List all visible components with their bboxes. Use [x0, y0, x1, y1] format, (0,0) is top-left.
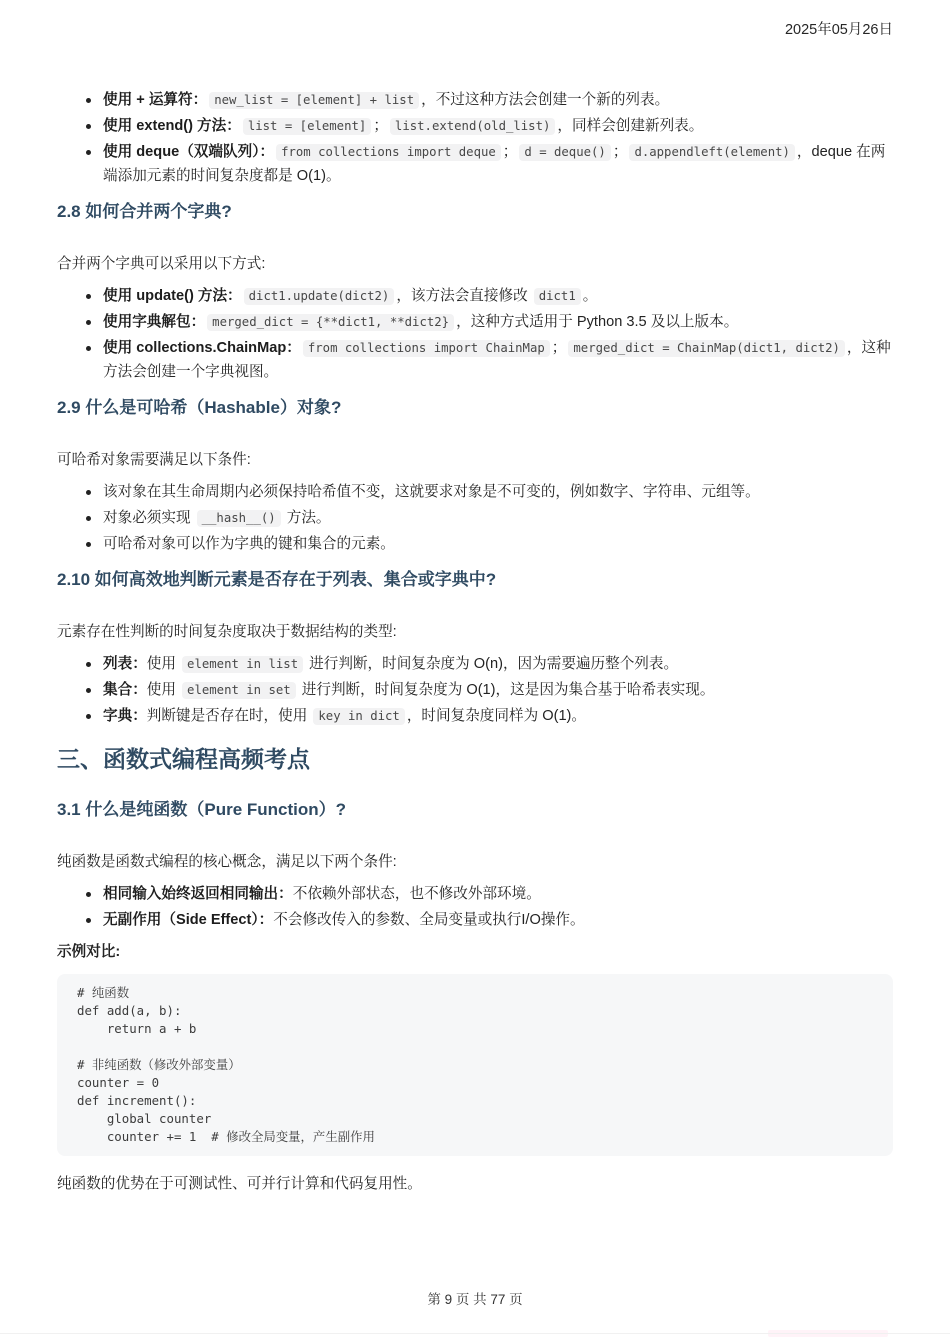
text-segment: ； — [552, 340, 567, 356]
text-segment: 进行判断，时间复杂度为 O(1)，这是因为集合基于哈希表实现。 — [298, 682, 715, 698]
text-segment: 可哈希对象可以作为字典的键和集合的元素。 — [103, 536, 395, 552]
inline-code: merged_dict = ChainMap(dict1, dict2) — [568, 340, 845, 357]
text-segment: 。 — [583, 288, 598, 304]
list-item: 使用 collections.ChainMap：from collections… — [103, 336, 893, 384]
text-segment: 判断键是否存在时，使用 — [147, 708, 312, 724]
chapter-heading-3: 三、函数式编程高频考点 — [57, 744, 893, 774]
inline-code: new_list = [element] + list — [209, 92, 419, 109]
paragraph-pure-function-benefits: 纯函数的优势在于可测试性、可并行计算和代码复用性。 — [57, 1172, 893, 1196]
text-segment: 集合： — [103, 682, 147, 698]
list-item: 无副作用（Side Effect）：不会修改传入的参数、全局变量或执行I/O操作… — [103, 908, 893, 932]
inline-code: dict1.update(dict2) — [244, 288, 395, 305]
text-segment: 使用 extend() 方法： — [103, 118, 241, 134]
page-edge-divider — [0, 1333, 950, 1334]
list-item: 使用 deque（双端队列）：from collections import d… — [103, 140, 893, 188]
list-item: 集合：使用 element in set 进行判断，时间复杂度为 O(1)，这是… — [103, 678, 893, 702]
text-segment: 使用 collections.ChainMap： — [103, 340, 301, 356]
text-segment: ，不过这种方法会创建一个新的列表。 — [421, 92, 669, 108]
bullet-list-hashable: 该对象在其生命周期内必须保持哈希值不变，这就要求对象是不可变的，例如数字、字符串… — [57, 480, 893, 556]
text-segment: ，时间复杂度同样为 O(1)。 — [407, 708, 586, 724]
list-item: 使用 extend() 方法：list = [element]；list.ext… — [103, 114, 893, 138]
text-segment: 不会修改传入的参数、全局变量或执行I/O操作。 — [273, 912, 584, 928]
code-block-pure-vs-impure: # 纯函数 def add(a, b): return a + b # 非纯函数… — [57, 974, 893, 1156]
list-item: 相同输入始终返回相同输出：不依赖外部状态，也不修改外部环境。 — [103, 882, 893, 906]
document-footer: 第 9 页 共 77 页 — [0, 1288, 950, 1308]
section-intro-2-8: 合并两个字典可以采用以下方式: — [57, 252, 893, 276]
list-item: 该对象在其生命周期内必须保持哈希值不变，这就要求对象是不可变的，例如数字、字符串… — [103, 480, 893, 504]
text-segment: 不依赖外部状态，也不修改外部环境。 — [293, 886, 541, 902]
inline-code: merged_dict = {**dict1, **dict2} — [207, 314, 454, 331]
inline-code: from collections import deque — [276, 144, 501, 161]
section-intro-3-1: 纯函数是函数式编程的核心概念，满足以下两个条件: — [57, 850, 893, 874]
inline-code: dict1 — [534, 288, 581, 305]
list-item: 使用 update() 方法：dict1.update(dict2)，该方法会直… — [103, 284, 893, 308]
header-date: 2025年05月26日 — [785, 22, 893, 38]
section-intro-2-10: 元素存在性判断的时间复杂度取决于数据结构的类型: — [57, 620, 893, 644]
text-segment: 使用 — [147, 656, 180, 672]
list-item: 使用字典解包：merged_dict = {**dict1, **dict2}，… — [103, 310, 893, 334]
page-number-text: 第 9 页 共 77 页 — [427, 1292, 522, 1307]
list-item: 列表：使用 element in list 进行判断，时间复杂度为 O(n)，因… — [103, 652, 893, 676]
bullet-list-membership: 列表：使用 element in list 进行判断，时间复杂度为 O(n)，因… — [57, 652, 893, 728]
text-segment: ，该方法会直接修改 — [396, 288, 531, 304]
text-segment: 对象必须实现 — [103, 510, 195, 526]
text-segment: 使用字典解包： — [103, 314, 205, 330]
inline-code: element in set — [182, 682, 296, 699]
text-segment: 该对象在其生命周期内必须保持哈希值不变，这就要求对象是不可变的，例如数字、字符串… — [103, 484, 760, 500]
bullet-list-append-methods: 使用 + 运算符：new_list = [element] + list，不过这… — [57, 88, 893, 188]
inline-code: list.extend(old_list) — [390, 118, 555, 135]
text-segment: 使用 deque（双端队列）： — [103, 144, 274, 160]
example-label: 示例对比: — [57, 940, 893, 964]
text-segment: 相同输入始终返回相同输出： — [103, 886, 293, 902]
section-heading-2-8: 2.8 如何合并两个字典? — [57, 200, 893, 224]
text-segment: ； — [613, 144, 628, 160]
section-heading-2-10: 2.10 如何高效地判断元素是否存在于列表、集合或字典中? — [57, 568, 893, 592]
bullet-list-pure-function: 相同输入始终返回相同输出：不依赖外部状态，也不修改外部环境。 无副作用（Side… — [57, 882, 893, 932]
inline-code: from collections import ChainMap — [303, 340, 550, 357]
list-item: 使用 + 运算符：new_list = [element] + list，不过这… — [103, 88, 893, 112]
text-segment: 使用 — [147, 682, 180, 698]
text-segment: ； — [503, 144, 518, 160]
bullet-list-merge-dicts: 使用 update() 方法：dict1.update(dict2)，该方法会直… — [57, 284, 893, 384]
text-segment: 使用 + 运算符： — [103, 92, 207, 108]
text-segment: 无副作用（Side Effect）： — [103, 912, 273, 928]
inline-code: element in list — [182, 656, 303, 673]
inline-code: __hash__() — [197, 510, 281, 527]
section-heading-2-9: 2.9 什么是可哈希（Hashable）对象? — [57, 396, 893, 420]
text-segment: 列表： — [103, 656, 147, 672]
inline-code: list = [element] — [243, 118, 371, 135]
inline-code: key in dict — [313, 708, 404, 725]
text-segment: 进行判断，时间复杂度为 O(n)，因为需要遍历整个列表。 — [305, 656, 678, 672]
text-segment: 方法。 — [283, 510, 331, 526]
section-intro-2-9: 可哈希对象需要满足以下条件: — [57, 448, 893, 472]
text-segment: ，这种方式适用于 Python 3.5 及以上版本。 — [456, 314, 738, 330]
inline-code: d = deque() — [519, 144, 610, 161]
list-item: 对象必须实现 __hash__() 方法。 — [103, 506, 893, 530]
text-segment: 字典： — [103, 708, 147, 724]
document-header: 2025年05月26日 — [57, 20, 893, 40]
text-segment: 使用 update() 方法： — [103, 288, 242, 304]
text-segment: ，同样会创建新列表。 — [557, 118, 703, 134]
inline-code: d.appendleft(element) — [629, 144, 794, 161]
list-item: 字典：判断键是否存在时，使用 key in dict，时间复杂度同样为 O(1)… — [103, 704, 893, 728]
section-heading-3-1: 3.1 什么是纯函数（Pure Function）? — [57, 798, 893, 822]
list-item: 可哈希对象可以作为字典的键和集合的元素。 — [103, 532, 893, 556]
document-page: 2025年05月26日 使用 + 运算符：new_list = [element… — [0, 0, 950, 1340]
text-segment: ； — [373, 118, 388, 134]
